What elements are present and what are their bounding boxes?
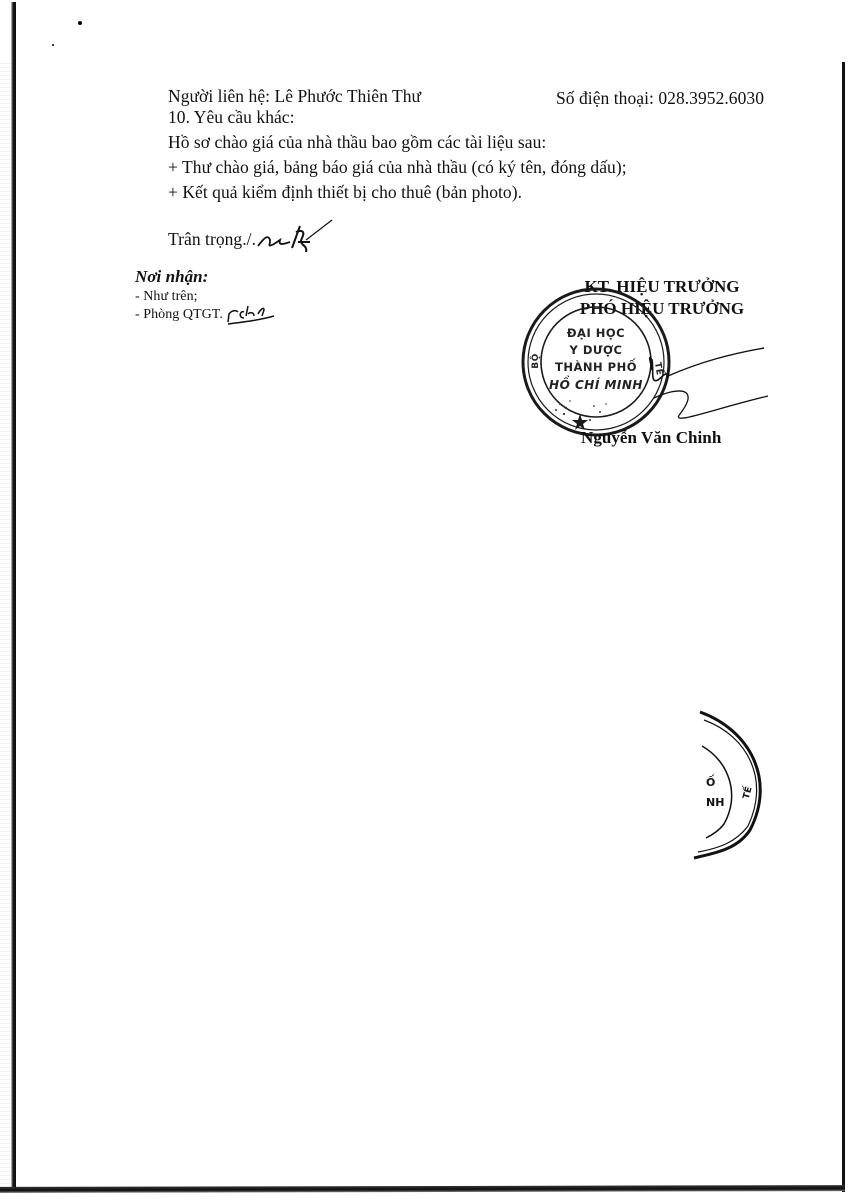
partial-seal-text: Ố: [706, 776, 715, 789]
recipient-item: - Như trên;: [135, 288, 198, 305]
contact-person: Người liên hệ: Lê Phước Thiên Thư: [168, 86, 421, 106]
section-10-heading: 10. Yêu cầu khác:: [168, 107, 295, 127]
partial-seal-imprint: Ố NH TẾ: [690, 700, 780, 860]
recipients-heading: Nơi nhận:: [135, 267, 208, 287]
scan-edge-bottom: [0, 1185, 845, 1193]
contact-phone: Số điện thoại: 028.3952.6030: [556, 88, 764, 108]
requirement-item: + Kết quả kiểm định thiết bị cho thuê (b…: [168, 182, 522, 202]
signatory-name: Nguyễn Văn Chinh: [581, 428, 721, 448]
section-10-intro: Hồ sơ chào giá của nhà thầu bao gồm các …: [168, 132, 546, 152]
scan-shadow-left: [0, 60, 11, 1190]
scan-edge-right: [842, 62, 845, 1192]
closing-text: Trân trọng./.: [168, 229, 256, 249]
partial-seal-text: NH: [706, 796, 724, 809]
scan-speck: [52, 44, 54, 46]
initials-signature: [256, 218, 336, 260]
requirement-item: + Thư chào giá, bảng báo giá của nhà thầ…: [168, 157, 627, 177]
recipient-initials: [226, 300, 280, 326]
seal-rim-text: BỘ: [531, 285, 541, 437]
scan-edge-left: [11, 2, 16, 1190]
partial-seal-rings-icon: [690, 700, 780, 860]
scan-speck: [78, 21, 82, 25]
official-signature: [640, 340, 770, 440]
recipient-item: - Phòng QTGT.: [135, 306, 223, 323]
